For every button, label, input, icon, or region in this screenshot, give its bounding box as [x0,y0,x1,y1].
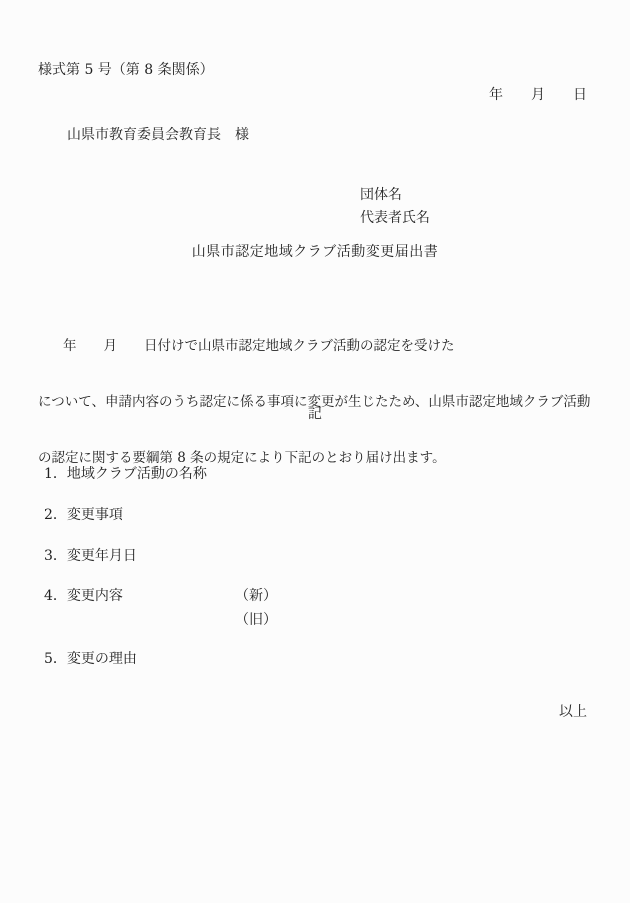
date-line: 年 月 日 [489,87,587,104]
closing-text: 以上 [559,704,587,721]
old-value-marker: （旧） [235,612,277,629]
list-item-change-reason: 5．変更の理由 [44,651,137,668]
record-marker: 記 [0,406,630,423]
representative-name-label: 代表者氏名 [360,210,430,227]
body-line-1: 年 月 日付けで山県市認定地域クラブ活動の認定を受けた [38,335,598,357]
list-item-changed-matter: 2．変更事項 [44,507,123,524]
list-item-change-details: 4．変更内容 [44,588,123,605]
list-item-club-name: 1．地域クラブ活動の名称 [44,466,207,483]
group-name-label: 団体名 [360,187,402,204]
addressee-line: 山県市教育委員会教育長 様 [67,127,249,144]
form-number: 様式第 5 号（第 8 条関係） [38,62,214,79]
document-page: 様式第 5 号（第 8 条関係） 年 月 日 山県市教育委員会教育長 様 団体名… [0,0,630,903]
list-item-change-date: 3．変更年月日 [44,548,137,565]
new-value-marker: （新） [235,588,277,605]
document-title: 山県市認定地域クラブ活動変更届出書 [0,244,630,261]
